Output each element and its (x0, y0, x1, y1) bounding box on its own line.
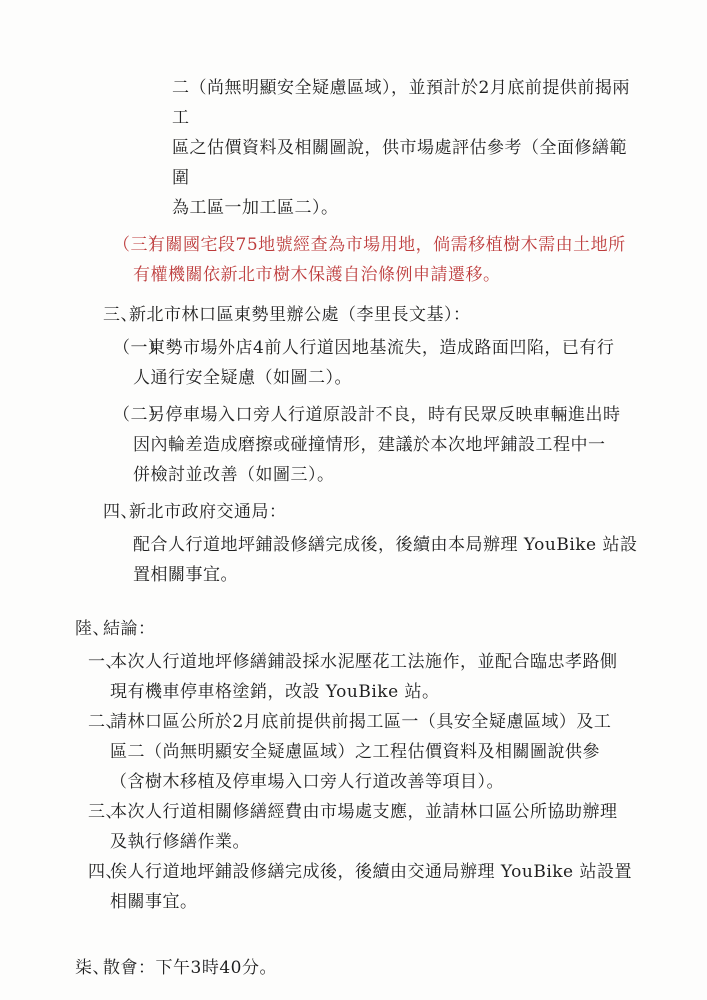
section-conclusion: 陸、 結論： (103, 614, 639, 644)
conclusion-item-3-number: 三、 (88, 797, 123, 827)
section-linkou-village-office: 三、 新北市林口區東勢里辦公處（李里長文基）： (129, 300, 639, 330)
adjournment-text: 散會：下午3時40分。 (103, 958, 277, 978)
conclusion-item-1-number: 一、 (88, 647, 123, 677)
item-2-text: 另停車場入口旁人行道原設計不良，時有民眾反映車輛進出時 因內輪差造成磨擦或碰撞情… (133, 400, 639, 490)
continuation-paragraph: 二（尚無明顯安全疑慮區域），並預計於2月底前提供前揭兩工 區之估價資料及相關圖說… (172, 73, 642, 223)
conclusion-item-1: 一、 本次人行道地坪修繕鋪設採水泥壓花工法施作，並配合臨忠孝路側 現有機車停車格… (110, 647, 638, 707)
conclusion-title: 結論： (103, 619, 156, 639)
conclusion-item-2-text: 請林口區公所於2月底前提供前揭工區一（具安全疑慮區域）及工 區二（尚無明顯安全疑… (110, 707, 638, 797)
red-item-tree-relocation: （三） 有關國宅段75地號經查為市場用地，倘需移植樹木需由土地所 有權機關依新北… (133, 230, 639, 290)
paragraph-youbike: 配合人行道地坪鋪設修繕完成後，後續由本局辦理 YouBike 站設 置相關事宜。 (133, 530, 639, 590)
conclusion-item-4-number: 四、 (88, 857, 123, 887)
conclusion-item-2: 二、 請林口區公所於2月底前提供前揭工區一（具安全疑慮區域）及工 區二（尚無明顯… (110, 707, 638, 797)
conclusion-item-2-number: 二、 (88, 707, 123, 737)
item-1-text: 東勢市場外店4前人行道因地基流失，造成路面凹陷，已有行 人通行安全疑慮（如圖二）… (133, 333, 639, 393)
document-page: 二（尚無明顯安全疑慮區域），並預計於2月底前提供前揭兩工 區之估價資料及相關圖說… (0, 0, 707, 1000)
section-4-title: 新北市政府交通局： (129, 502, 287, 522)
section-4-number: 四、 (103, 497, 138, 527)
item-1-number: （一） (113, 333, 166, 363)
section-3-number: 三、 (103, 300, 138, 330)
section-3-title: 新北市林口區東勢里辦公處（李里長文基）： (129, 305, 471, 325)
adjournment-number: 柒、 (75, 953, 110, 983)
item-2-number: （二） (113, 400, 166, 430)
item-parking-entrance: （二） 另停車場入口旁人行道原設計不良，時有民眾反映車輛進出時 因內輪差造成磨擦… (133, 400, 639, 490)
section-transport-bureau: 四、 新北市政府交通局： (129, 497, 639, 527)
adjournment-line: 柒、 散會：下午3時40分。 (103, 953, 639, 983)
paragraph-youbike-text: 配合人行道地坪鋪設修繕完成後，後續由本局辦理 YouBike 站設 置相關事宜。 (133, 530, 639, 590)
red-item-text: 有關國宅段75地號經查為市場用地，倘需移植樹木需由土地所 有權機關依新北市樹木保… (133, 230, 639, 290)
conclusion-item-1-text: 本次人行道地坪修繕鋪設採水泥壓花工法施作，並配合臨忠孝路側 現有機車停車格塗銷，… (110, 647, 638, 707)
conclusion-item-3: 三、 本次人行道相關修繕經費由市場處支應，並請林口區公所協助辦理 及執行修繕作業… (110, 797, 638, 857)
conclusion-number: 陸、 (75, 614, 110, 644)
item-sidewalk-subsidence: （一） 東勢市場外店4前人行道因地基流失，造成路面凹陷，已有行 人通行安全疑慮（… (133, 333, 639, 393)
conclusion-item-4-text: 俟人行道地坪鋪設修繕完成後，後續由交通局辦理 YouBike 站設置 相關事宜。 (110, 857, 638, 917)
conclusion-item-4: 四、 俟人行道地坪鋪設修繕完成後，後續由交通局辦理 YouBike 站設置 相關… (110, 857, 638, 917)
conclusion-item-3-text: 本次人行道相關修繕經費由市場處支應，並請林口區公所協助辦理 及執行修繕作業。 (110, 797, 638, 857)
continuation-paragraph-text: 二（尚無明顯安全疑慮區域），並預計於2月底前提供前揭兩工 區之估價資料及相關圖說… (172, 73, 642, 223)
red-item-number: （三） (113, 230, 166, 260)
